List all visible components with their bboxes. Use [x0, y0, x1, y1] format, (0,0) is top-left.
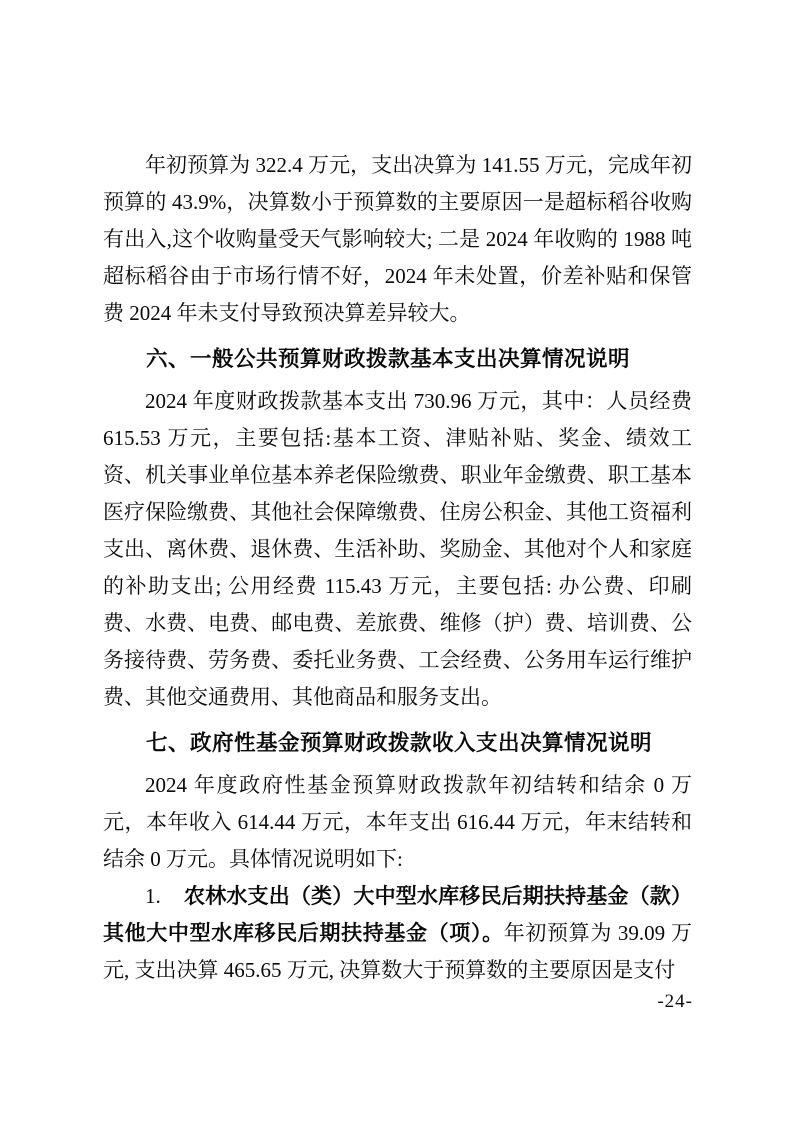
paragraph-item-1: 1.农林水支出（类）大中型水库移民后期扶持基金（款）其他大中型水库移民后期扶持基…: [103, 878, 692, 989]
paragraph-basic-expenditure: 2024 年度财政拨款基本支出 730.96 万元，其中：人员经费 615.53…: [103, 383, 692, 716]
document-page: 年初预算为 322.4 万元，支出决算为 141.55 万元，完成年初预算的 4…: [0, 0, 793, 1122]
page-number: -24-: [0, 991, 693, 1013]
item-1-number: 1.: [145, 884, 161, 908]
paragraph-carryover-budget: 年初预算为 322.4 万元，支出决算为 141.55 万元，完成年初预算的 4…: [103, 147, 692, 332]
document-content: 年初预算为 322.4 万元，支出决算为 141.55 万元，完成年初预算的 4…: [103, 147, 692, 989]
section-heading-six: 六、一般公共预算财政拨款基本支出决算情况说明: [103, 341, 692, 378]
section-heading-seven: 七、政府性基金预算财政拨款收入支出决算情况说明: [103, 725, 692, 762]
paragraph-gov-fund-summary: 2024 年度政府性基金预算财政拨款年初结转和结余 0 万元，本年收入 614.…: [103, 767, 692, 878]
